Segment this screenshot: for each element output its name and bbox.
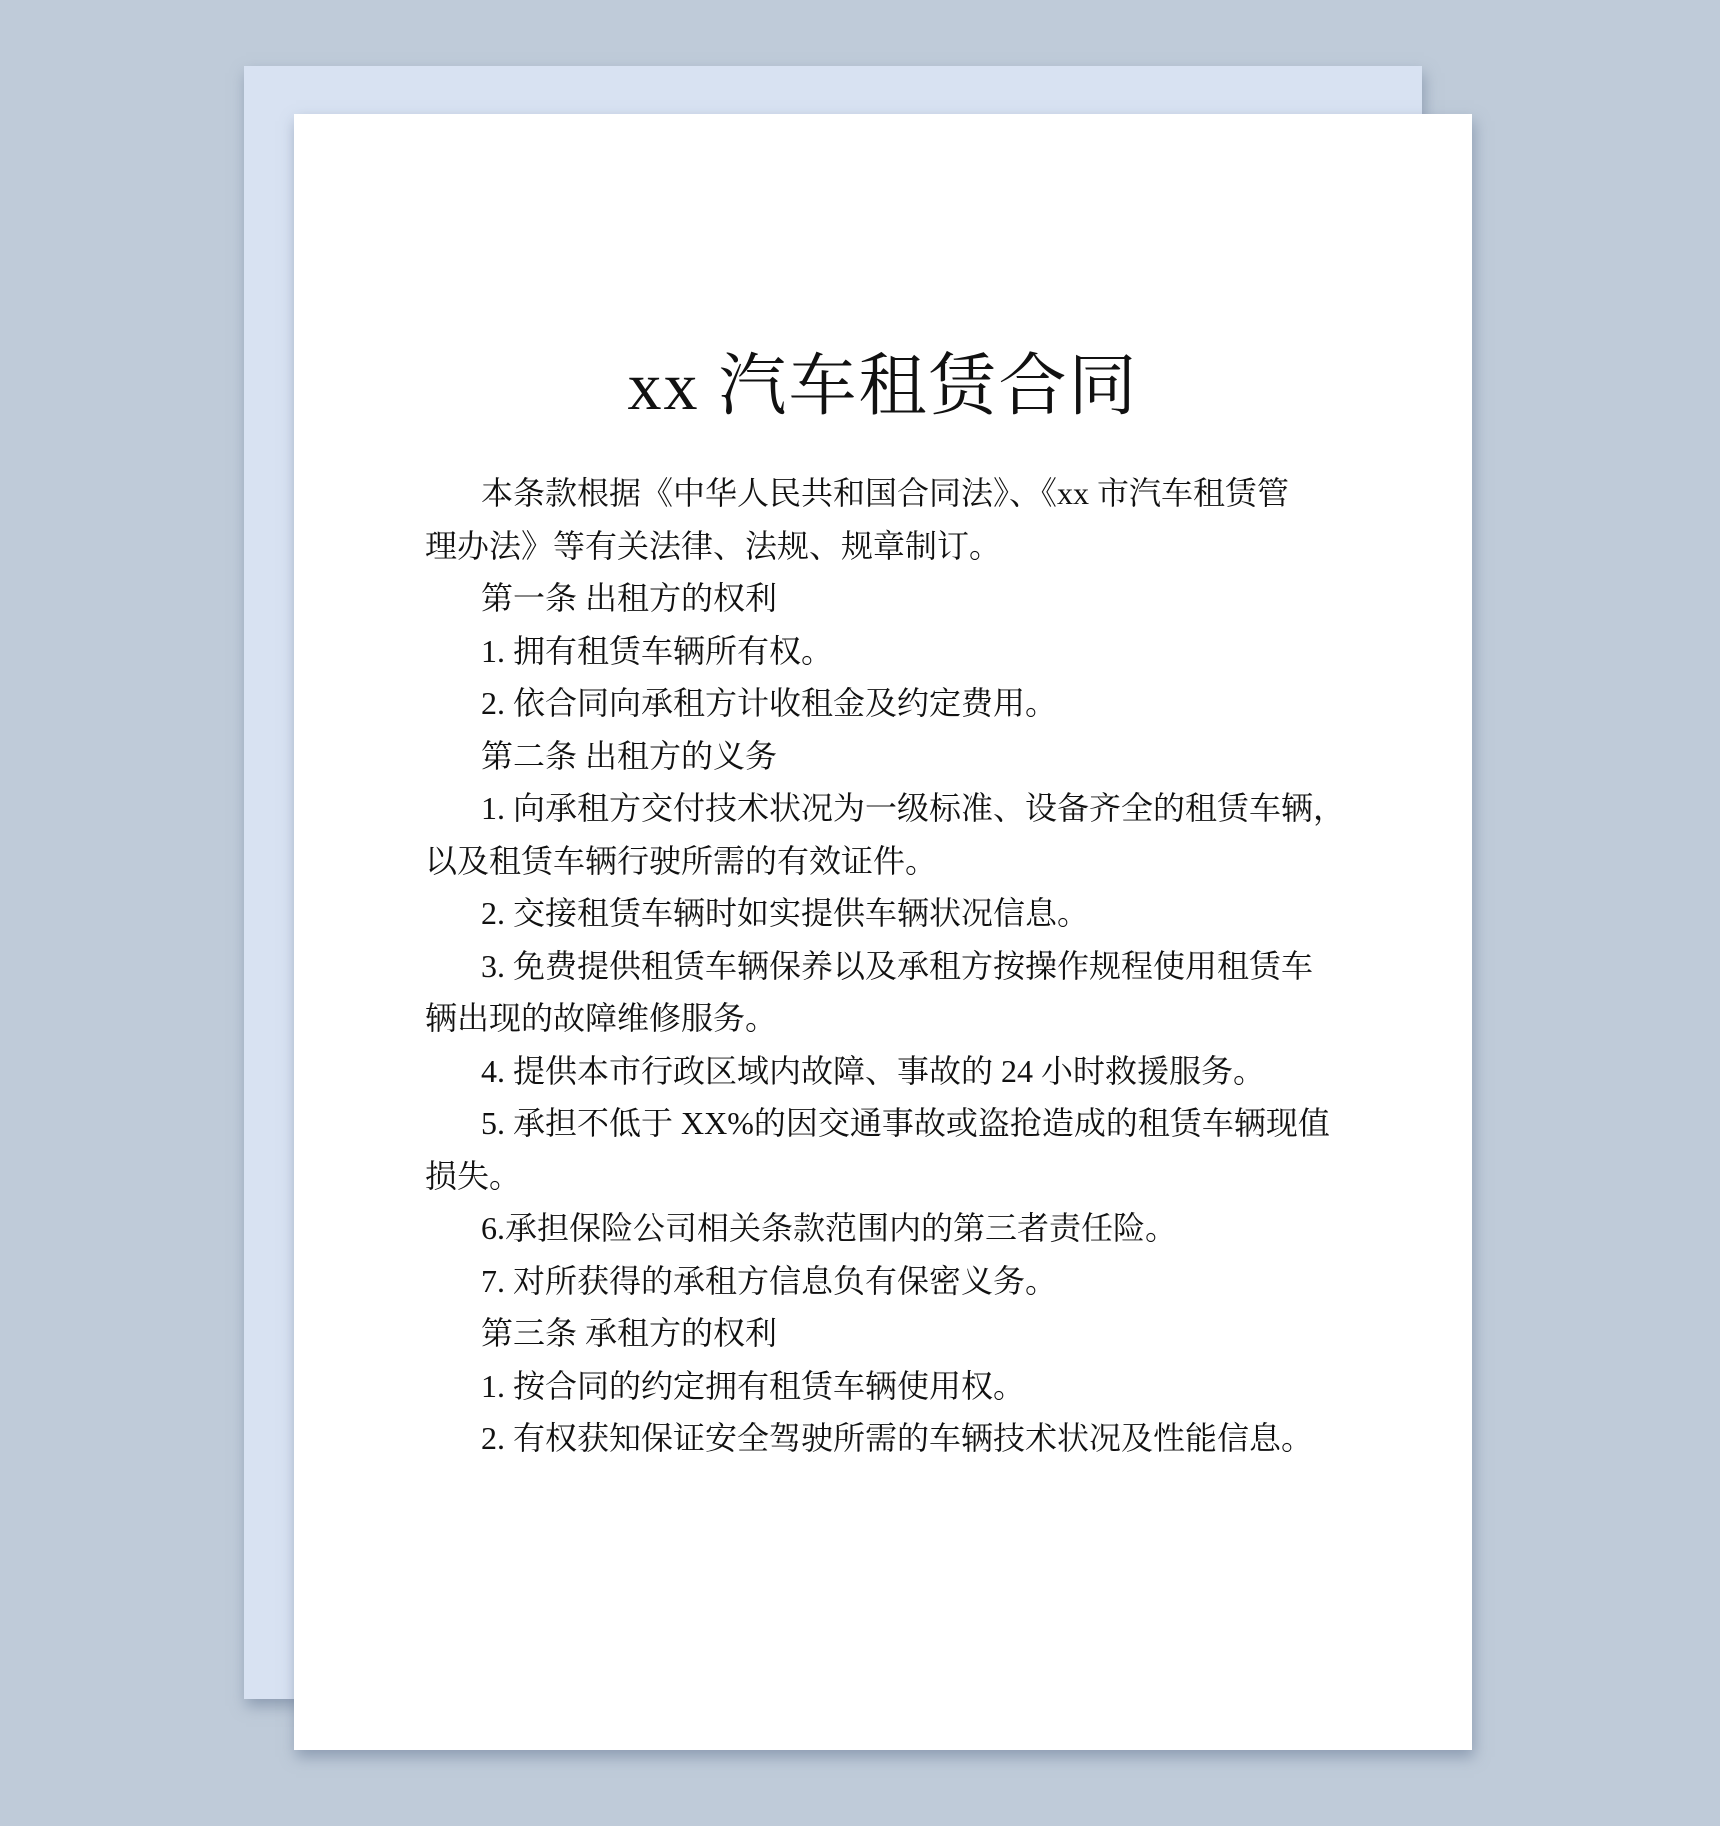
document-line: 2. 依合同向承租方计收租金及约定费用。 bbox=[425, 677, 1352, 730]
document-line: 2. 交接租赁车辆时如实提供车辆状况信息。 bbox=[425, 887, 1352, 940]
document-line: 3. 免费提供租赁车辆保养以及承租方按操作规程使用租赁车 bbox=[425, 940, 1352, 993]
document-line: 第一条 出租方的权利 bbox=[425, 572, 1352, 625]
document-line: 1. 向承租方交付技术状况为一级标准、设备齐全的租赁车辆， bbox=[425, 782, 1352, 835]
document-line: 5. 承担不低于 XX%的因交通事故或盗抢造成的租赁车辆现值 bbox=[425, 1097, 1352, 1150]
document-line: 7. 对所获得的承租方信息负有保密义务。 bbox=[425, 1255, 1352, 1308]
document-line: 2. 有权获知保证安全驾驶所需的车辆技术状况及性能信息。 bbox=[425, 1412, 1352, 1465]
document-title: xx 汽车租赁合同 bbox=[294, 347, 1472, 425]
document-line: 第三条 承租方的权利 bbox=[425, 1307, 1352, 1360]
document-line: 第二条 出租方的义务 bbox=[425, 730, 1352, 783]
document-line: 理办法》等有关法律、法规、规章制订。 bbox=[425, 520, 1352, 573]
document-line: 损失。 bbox=[425, 1150, 1352, 1203]
document-line: 辆出现的故障维修服务。 bbox=[425, 992, 1352, 1045]
document-line: 以及租赁车辆行驶所需的有效证件。 bbox=[425, 835, 1352, 888]
document-page: xx 汽车租赁合同 本条款根据《中华人民共和国合同法》、《xx 市汽车租赁管理办… bbox=[294, 114, 1472, 1750]
document-line: 6.承担保险公司相关条款范围内的第三者责任险。 bbox=[425, 1202, 1352, 1255]
document-line: 1. 按合同的约定拥有租赁车辆使用权。 bbox=[425, 1360, 1352, 1413]
desktop-background: xx 汽车租赁合同 本条款根据《中华人民共和国合同法》、《xx 市汽车租赁管理办… bbox=[0, 0, 1720, 1826]
document-body: 本条款根据《中华人民共和国合同法》、《xx 市汽车租赁管理办法》等有关法律、法规… bbox=[294, 467, 1472, 1465]
document-line: 本条款根据《中华人民共和国合同法》、《xx 市汽车租赁管 bbox=[425, 467, 1352, 520]
document-line: 1. 拥有租赁车辆所有权。 bbox=[425, 625, 1352, 678]
document-line: 4. 提供本市行政区域内故障、事故的 24 小时救援服务。 bbox=[425, 1045, 1352, 1098]
